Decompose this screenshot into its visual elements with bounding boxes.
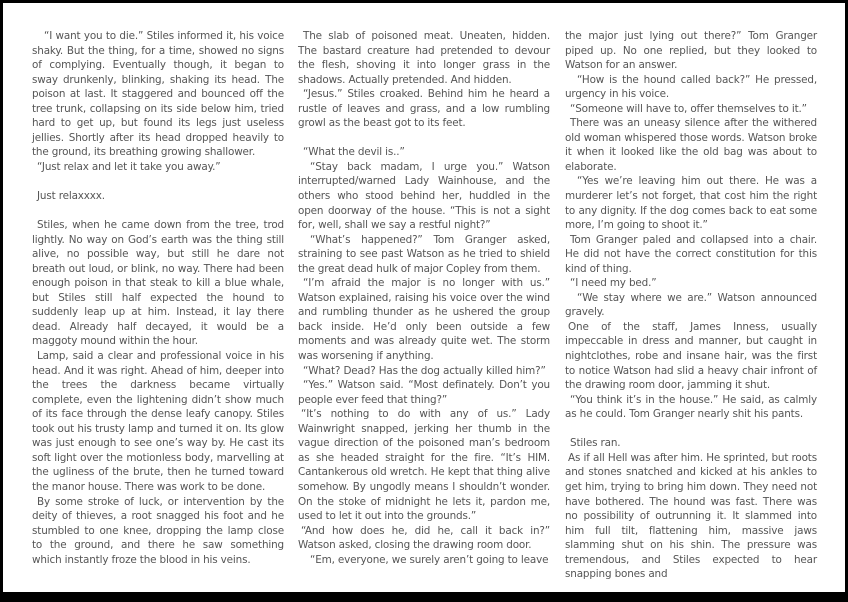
- paragraph: “I’m afraid the major is no longer with …: [298, 276, 550, 363]
- paragraph: “Em, everyone, we surely aren’t going to…: [298, 553, 550, 568]
- paragraph: “What the devil is..”: [298, 145, 550, 160]
- paragraph: “Jesus.” Stiles croaked. Behind him he h…: [298, 87, 550, 131]
- paragraph: “It’s nothing to do with any of us.” Lad…: [298, 407, 550, 523]
- paragraph: “Yes we’re leaving him out there. He was…: [565, 174, 817, 232]
- paragraph: There was an uneasy silence after the wi…: [565, 116, 817, 174]
- text-column-2: The slab of poisoned meat. Uneaten, hidd…: [298, 29, 550, 567]
- paragraph-gap: [565, 422, 817, 437]
- document-page: “I want you to die.” Stiles informed it,…: [3, 3, 845, 592]
- paragraph: Stiles, when he came down from the tree,…: [32, 218, 284, 349]
- paragraph: “What? Dead? Has the dog actually killed…: [298, 364, 550, 379]
- text-column-1: “I want you to die.” Stiles informed it,…: [32, 29, 284, 567]
- paragraph: “What’s happened?” Tom Granger asked, st…: [298, 233, 550, 277]
- paragraph: the major just lying out there?” Tom Gra…: [565, 29, 817, 73]
- paragraph: “And how does he, did he, call it back i…: [298, 524, 550, 553]
- paragraph: Tom Granger paled and collapsed into a c…: [565, 233, 817, 277]
- paragraph-gap: [32, 174, 284, 189]
- paragraph: By some stroke of luck, or intervention …: [32, 495, 284, 568]
- paragraph: “Someone will have to, offer themselves …: [565, 102, 817, 117]
- paragraph: “We stay where we are.” Watson announced…: [565, 291, 817, 320]
- paragraph: Lamp, said a clear and professional voic…: [32, 349, 284, 494]
- paragraph: “I want you to die.” Stiles informed it,…: [32, 29, 284, 160]
- paragraph: “I need my bed.”: [565, 276, 817, 291]
- paragraph: “Just relax and let it take you away.”: [32, 160, 284, 175]
- paragraph: “How is the hound called back?” He press…: [565, 73, 817, 102]
- paragraph: Stiles ran.: [565, 436, 817, 451]
- paragraph: As if all Hell was after him. He sprinte…: [565, 451, 817, 582]
- paragraph: One of the staff, James Inness, usually …: [565, 320, 817, 393]
- paragraph: “You think it’s in the house.” He said, …: [565, 393, 817, 422]
- paragraph: The slab of poisoned meat. Uneaten, hidd…: [298, 29, 550, 87]
- paragraph: “Stay back madam, I urge you.” Watson in…: [298, 160, 550, 233]
- paragraph-gap: [298, 131, 550, 146]
- paragraph: “Yes.” Watson said. “Most definately. Do…: [298, 378, 550, 407]
- paragraph-gap: [32, 204, 284, 219]
- paragraph: Just relaxxxx.: [32, 189, 284, 204]
- text-column-3: the major just lying out there?” Tom Gra…: [565, 29, 817, 582]
